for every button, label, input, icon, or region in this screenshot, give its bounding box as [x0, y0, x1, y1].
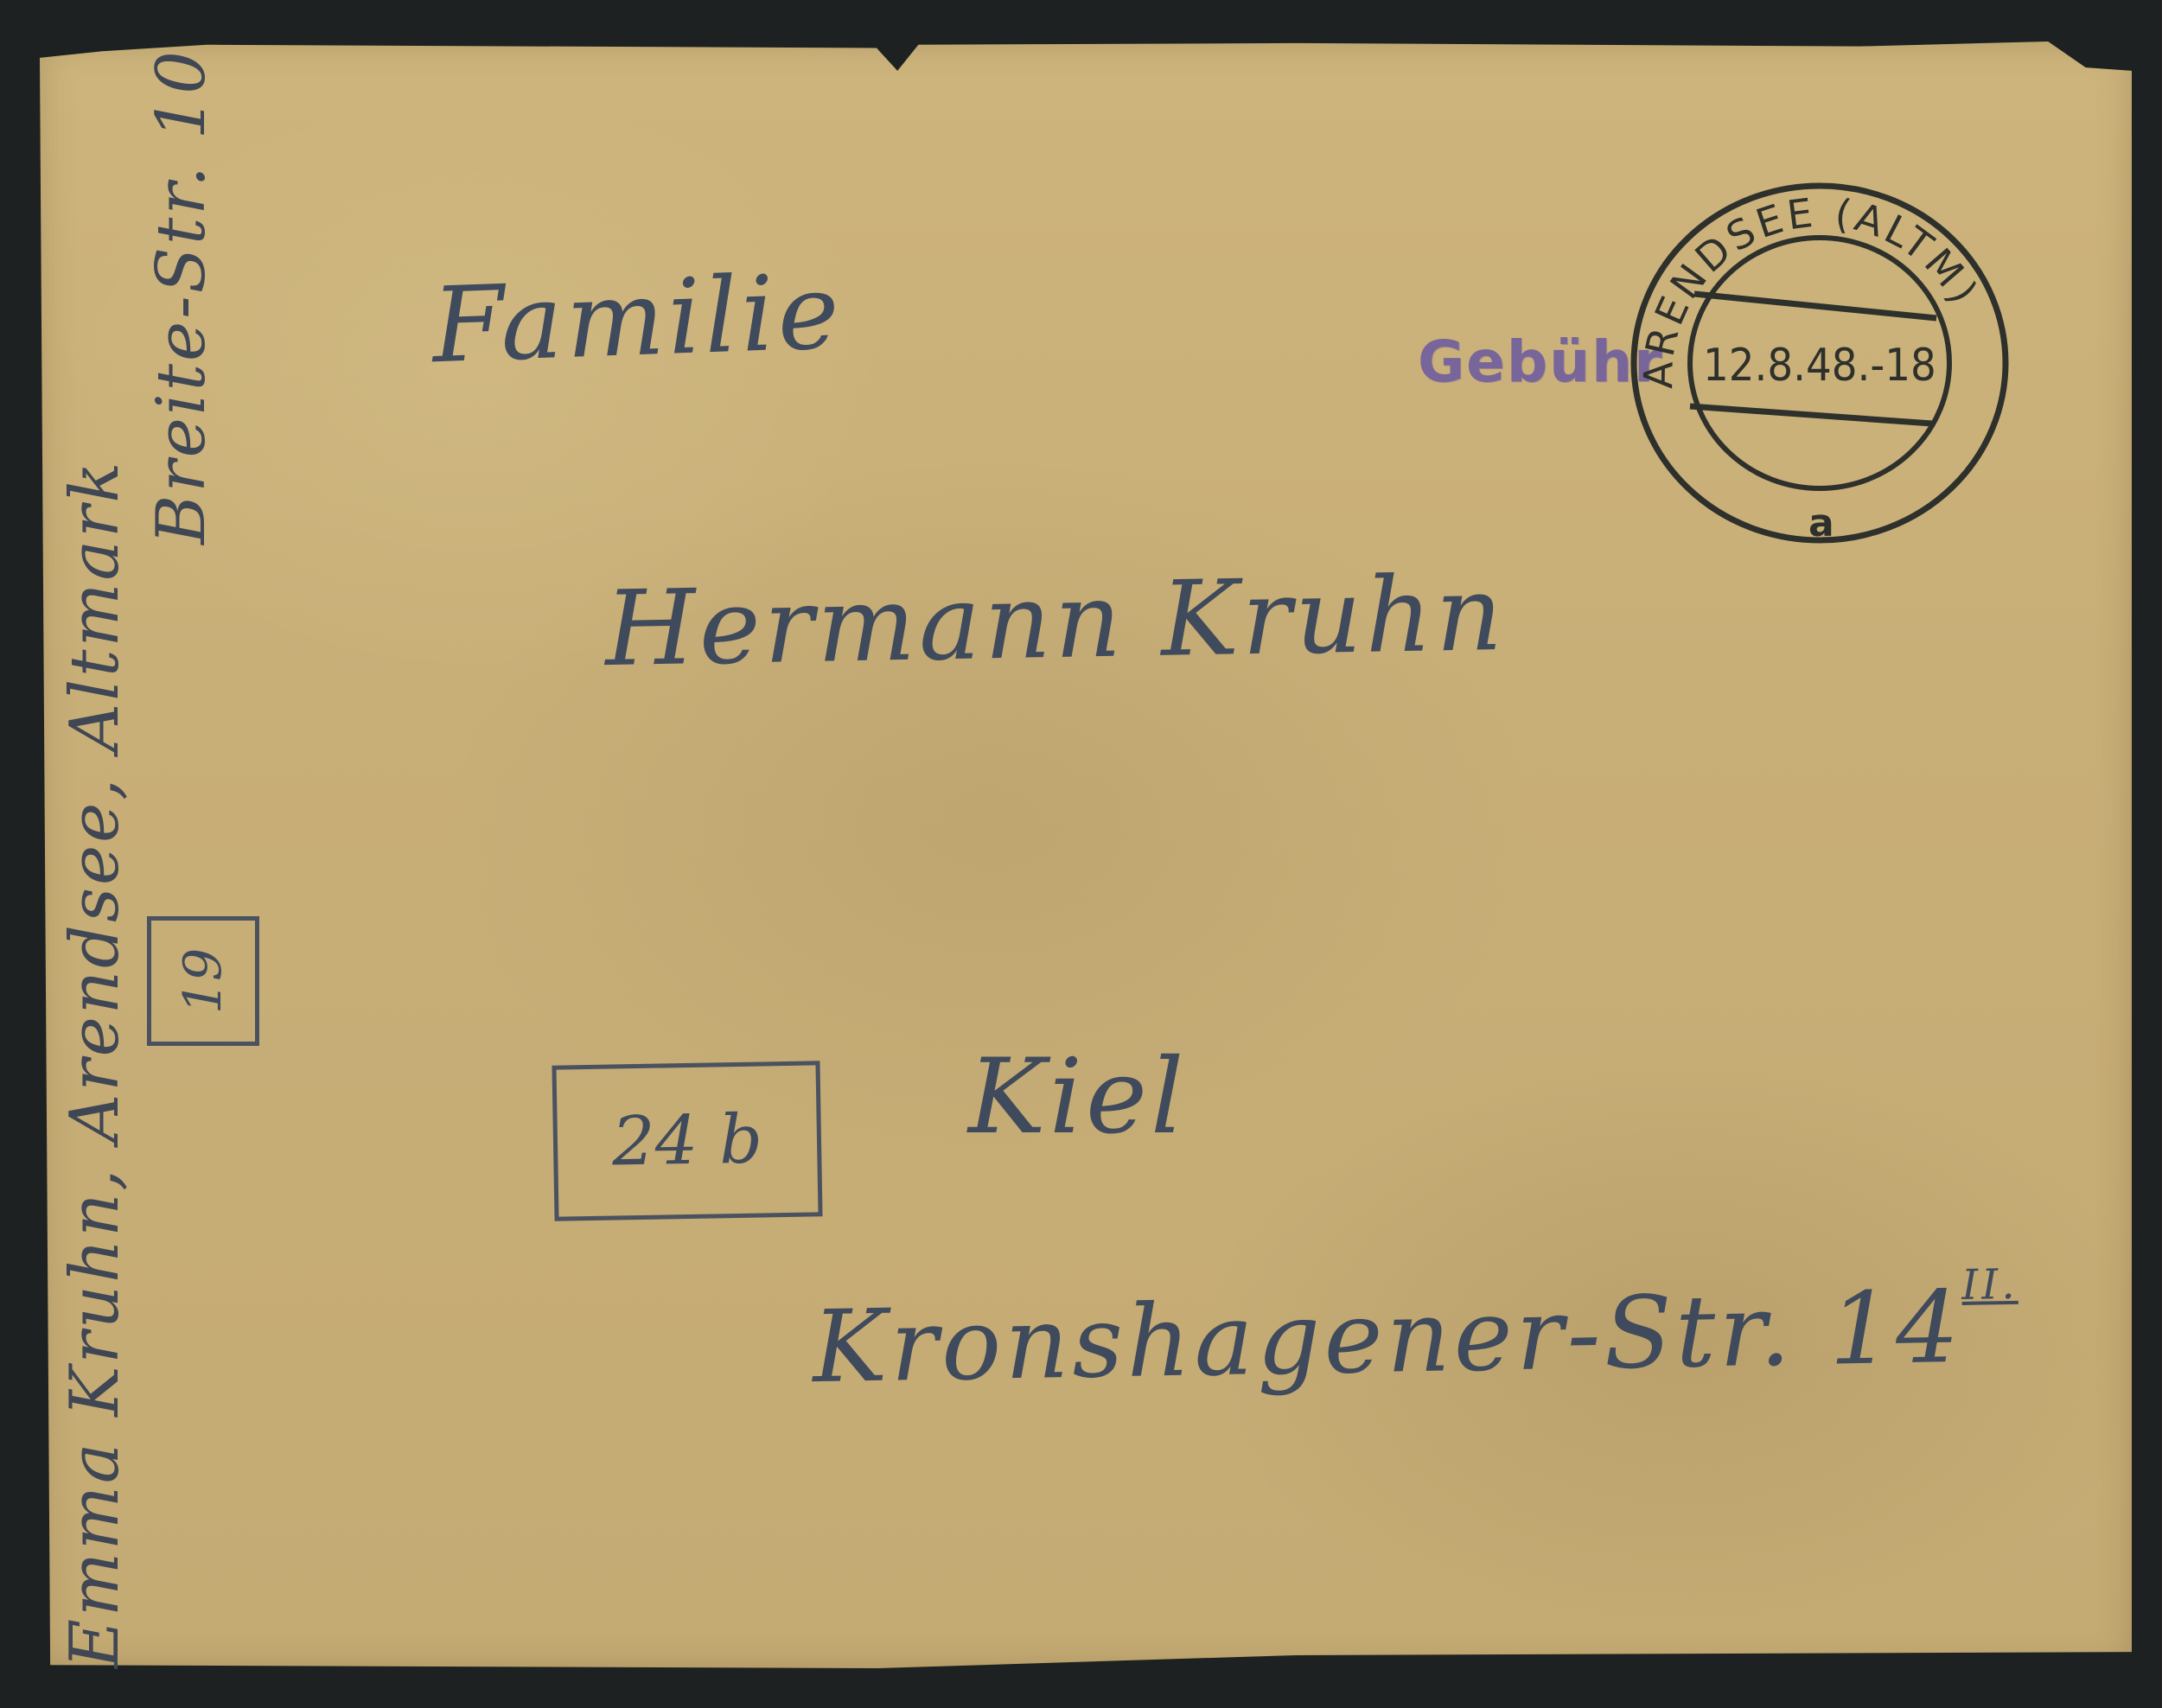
- recipient-line-family: Familie: [430, 252, 845, 386]
- postmark-date: 12.8.48.-18: [1703, 340, 1936, 392]
- sender-number: 19: [173, 948, 233, 1014]
- sender-line-1: Emma Kruhn, Arendsee, Altmark: [52, 43, 138, 1668]
- postal-zone-box: 24 b: [552, 1061, 822, 1220]
- postmark-icon: ARENDSEE (ALTM) 12.8.48.-18 a: [1608, 164, 2023, 562]
- sender-number-box: 19: [147, 916, 259, 1046]
- street-floor: II.: [1961, 1260, 2019, 1310]
- postal-zone-text: 24 b: [611, 1100, 763, 1181]
- street-name: Kronshagener-Str. 14: [812, 1270, 1963, 1405]
- sender-line-2: Breite-Str. 10: [138, 43, 225, 1668]
- sender-address: Emma Kruhn, Arendsee, Altmark Breite-Str…: [52, 43, 225, 1668]
- recipient-city: Kiel: [968, 1037, 1187, 1157]
- recipient-name: Hermann Kruhn: [604, 554, 1507, 690]
- postmark-code: a: [1808, 501, 1834, 545]
- recipient-street: Kronshagener-Str. 14II.: [812, 1269, 2020, 1405]
